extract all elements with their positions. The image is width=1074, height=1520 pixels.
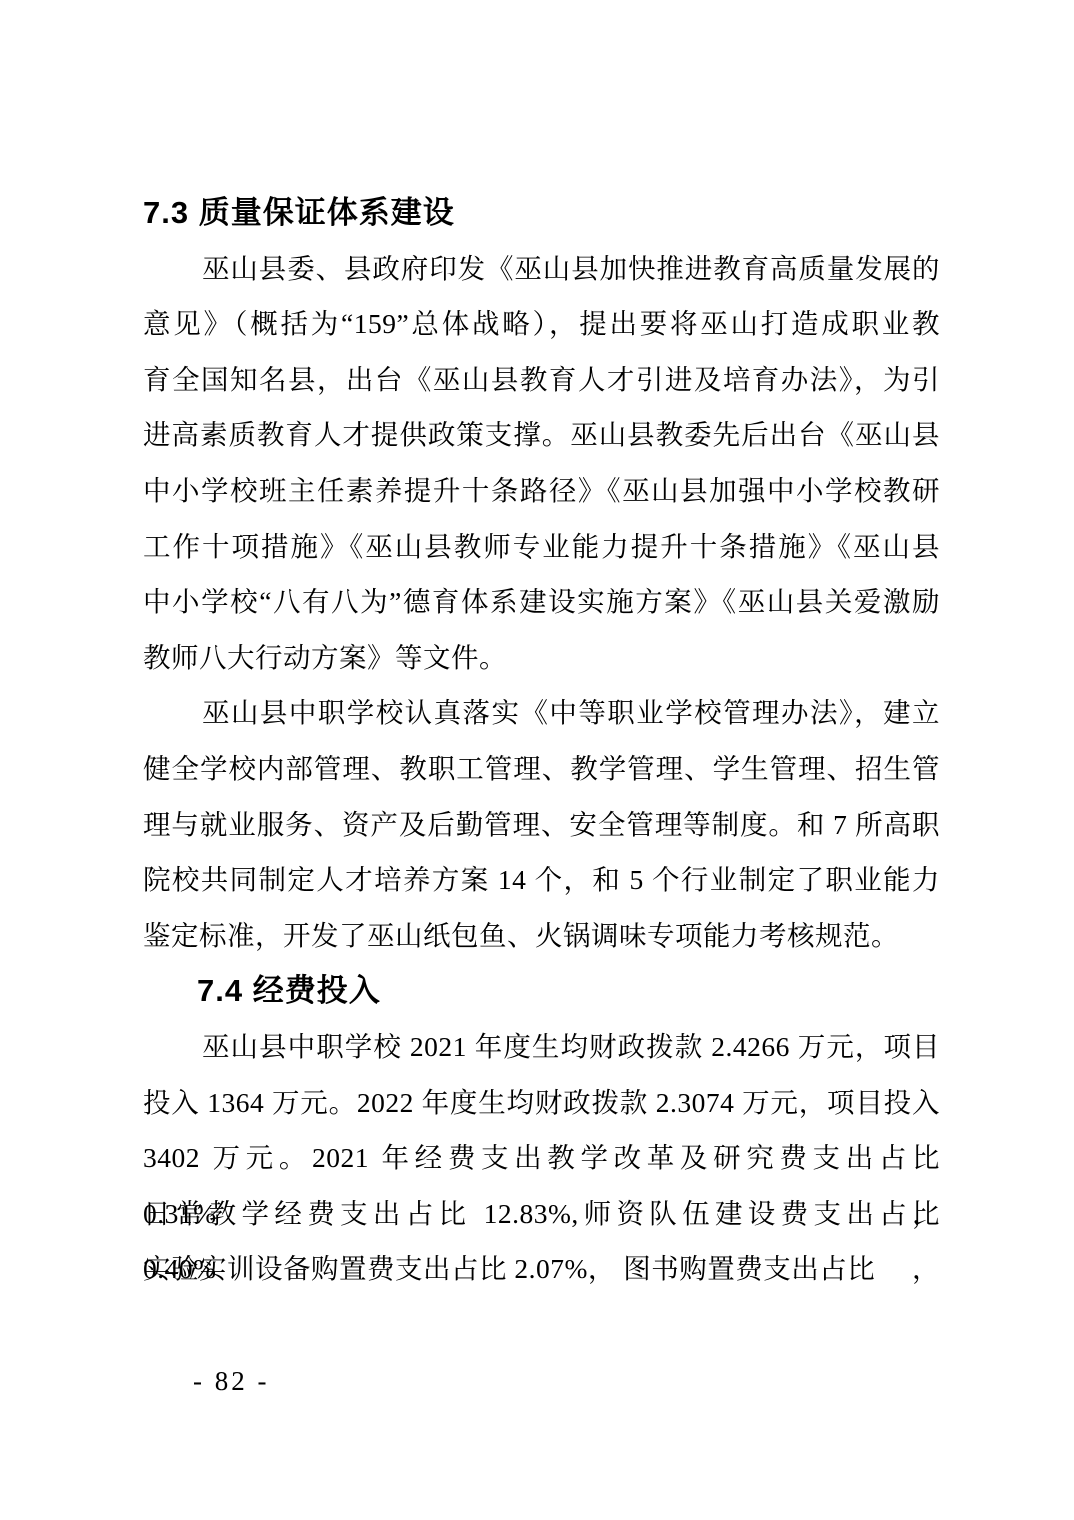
paragraph-school-management: 巫山县中职学校认真落实《中等职业学校管理办法》，建立 健全学校内部管理、教职工管… xyxy=(143,685,940,963)
paragraph-line: 工作十项措施》《巫山县教师专业能力提升十条措施》《巫山县 xyxy=(143,519,940,575)
paragraph-line: 巫山县中职学校 2021 年度生均财政拨款 2.4266 万元，项目 xyxy=(143,1019,940,1075)
paragraph-line: 巫山县中职学校认真落实《中等职业学校管理办法》，建立 xyxy=(143,685,940,741)
paragraph-line: 健全学校内部管理、教职工管理、教学管理、学生管理、招生管 xyxy=(143,741,940,797)
paragraph-line: 投入 1364 万元。2022 年度生均财政拨款 2.3074 万元，项目投入 xyxy=(143,1075,940,1131)
paragraph-line: 进高素质教育人才提供政策支撑。巫山县教委先后出台《巫山县 xyxy=(143,407,940,463)
paragraph-line: 育全国知名县，出台《巫山县教育人才引进及培育办法》，为引 xyxy=(143,352,940,408)
paragraph-line: 3402 万元。2021 年经费支出教学改革及研究费支出占比 0.31%， xyxy=(143,1130,940,1186)
paragraph-policy-documents: 巫山县委、县政府印发《巫山县加快推进教育高质量发展的 意见》（概括为“159”总… xyxy=(143,241,940,686)
paragraph-line: 实验实训设备购置费支出占比 2.07%， 图书购置费支出占比 xyxy=(143,1241,940,1297)
paragraph-line: 院校共同制定人才培养方案 14 个，和 5 个行业制定了职业能力 xyxy=(143,852,940,908)
document-page: 7.3 质量保证体系建设 巫山县委、县政府印发《巫山县加快推进教育高质量发展的 … xyxy=(0,0,1074,1520)
paragraph-line: 中小学校“八有八为”德育体系建设实施方案》《巫山县关爱激励 xyxy=(143,574,940,630)
paragraph-line: 意见》（概括为“159”总体战略），提出要将巫山打造成职业教 xyxy=(143,296,940,352)
section-heading-7-3: 7.3 质量保证体系建设 xyxy=(143,185,940,241)
paragraph-line: 理与就业服务、资产及后勤管理、安全管理等制度。和 7 所高职 xyxy=(143,797,940,853)
page-number: - 82 - xyxy=(193,1366,269,1397)
paragraph-line: 中小学校班主任素养提升十条路径》《巫山县加强中小学校教研 xyxy=(143,463,940,519)
paragraph-line: 鉴定标准，开发了巫山纸包鱼、火锅调味专项能力考核规范。 xyxy=(143,908,940,964)
document-body: 7.3 质量保证体系建设 巫山县委、县政府印发《巫山县加快推进教育高质量发展的 … xyxy=(143,185,940,1297)
section-heading-7-4: 7.4 经费投入 xyxy=(143,963,940,1019)
paragraph-funding: 巫山县中职学校 2021 年度生均财政拨款 2.4266 万元，项目 投入 13… xyxy=(143,1019,940,1297)
paragraph-line: 教师八大行动方案》等文件。 xyxy=(143,630,940,686)
paragraph-line: 巫山县委、县政府印发《巫山县加快推进教育高质量发展的 xyxy=(143,241,940,297)
paragraph-line: 日常教学经费支出占比 12.83%,师资队伍建设费支出占比 0.40%， xyxy=(143,1186,940,1242)
